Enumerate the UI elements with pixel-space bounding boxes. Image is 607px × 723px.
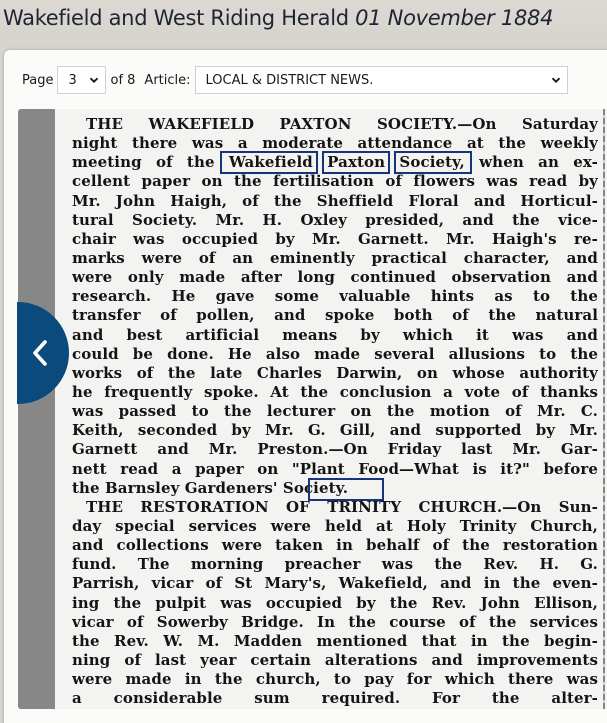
- text-line: were only made after long continued obse…: [72, 268, 598, 287]
- text-line: and best artificial means by which it wa…: [72, 326, 598, 345]
- viewer-controls: Page 3 of 8 Article: LOCAL & DISTRICT NE…: [22, 65, 568, 95]
- publication-name: Wakefield and West Riding Herald: [3, 6, 349, 30]
- page-select[interactable]: 3: [57, 66, 106, 94]
- text-line: the Rev. W. M. Madden mentioned that in …: [72, 632, 598, 651]
- text-line: Parrish, vicar of St Mary's, Wakefield, …: [72, 574, 598, 593]
- article-select[interactable]: LOCAL & DISTRICT NEWS.: [195, 66, 568, 94]
- text-line: Garnett and Mr. Preston.—On Friday last …: [72, 440, 598, 459]
- text-line: cellent paper on the fertilisation of fl…: [72, 172, 598, 191]
- text-line: tural Society. Mr. H. Oxley presided, an…: [72, 211, 598, 230]
- text-line: could be done. He also made several allu…: [72, 345, 598, 364]
- text-line: vicar of Sowerby Bridge. In the course o…: [72, 613, 598, 632]
- text-line: were made in the church, to pay for whic…: [72, 670, 598, 689]
- text-line: Mr. John Haigh, of the Sheffield Floral …: [72, 192, 598, 211]
- text-line: was passed to the lecturer on the motion…: [72, 402, 598, 421]
- text-line: transfer of pollen, and spoke both of th…: [72, 306, 598, 325]
- newspaper-image-viewer[interactable]: THE WAKEFIELD PAXTON SOCIETY.—On Saturda…: [18, 109, 607, 709]
- text-line: research. He gave some valuable hints as…: [72, 287, 598, 306]
- article-label: Article:: [144, 73, 190, 88]
- text-line: a considerable sum required. For the alt…: [72, 689, 598, 708]
- text-line: day special services were held at Holy T…: [72, 517, 598, 536]
- article-text: THE WAKEFIELD PAXTON SOCIETY.—On Saturda…: [72, 109, 598, 708]
- search-highlight-society-2[interactable]: [308, 478, 384, 501]
- text-line: Keith, seconded by Mr. G. Gill, and supp…: [72, 421, 598, 440]
- page-total-label: of 8: [110, 73, 135, 88]
- chevron-down-icon: [89, 75, 99, 85]
- text-line: and collections were taken in behalf of …: [72, 536, 598, 555]
- page-gutter: [18, 109, 55, 709]
- column-rule: [603, 109, 605, 709]
- text-line: nett read a paper on "Plant Food—What is…: [72, 460, 598, 479]
- text-line: he frequently spoke. At the conclusion a…: [72, 383, 598, 402]
- text-line: fund. The morning preacher was the Rev. …: [72, 555, 598, 574]
- search-highlight-wakefield[interactable]: [220, 151, 318, 174]
- search-highlight-society-1[interactable]: [394, 151, 472, 174]
- publication-date: 01 November 1884: [355, 6, 553, 30]
- title-bar: Wakefield and West Riding Herald 01 Nove…: [0, 0, 607, 48]
- search-highlight-paxton[interactable]: [322, 151, 390, 174]
- text-line: chair was occupied by Mr. Garnett. Mr. H…: [72, 230, 598, 249]
- viewer-bottom-margin: [18, 709, 607, 723]
- text-line: marks were of an eminently practical cha…: [72, 249, 598, 268]
- article-select-value: LOCAL & DISTRICT NEWS.: [206, 73, 374, 88]
- text-line: ing the pulpit was occupied by the Rev. …: [72, 594, 598, 613]
- text-line: ning of last year certain alterations an…: [72, 651, 598, 670]
- page-label: Page: [22, 73, 53, 88]
- chevron-left-icon: [30, 338, 52, 368]
- page-title: Wakefield and West Riding Herald 01 Nove…: [3, 6, 553, 30]
- chevron-down-icon: [551, 75, 561, 85]
- text-line: THE WAKEFIELD PAXTON SOCIETY.—On Saturda…: [72, 115, 598, 134]
- page-select-value: 3: [68, 73, 76, 88]
- text-line: works of the late Charles Darwin, on who…: [72, 364, 598, 383]
